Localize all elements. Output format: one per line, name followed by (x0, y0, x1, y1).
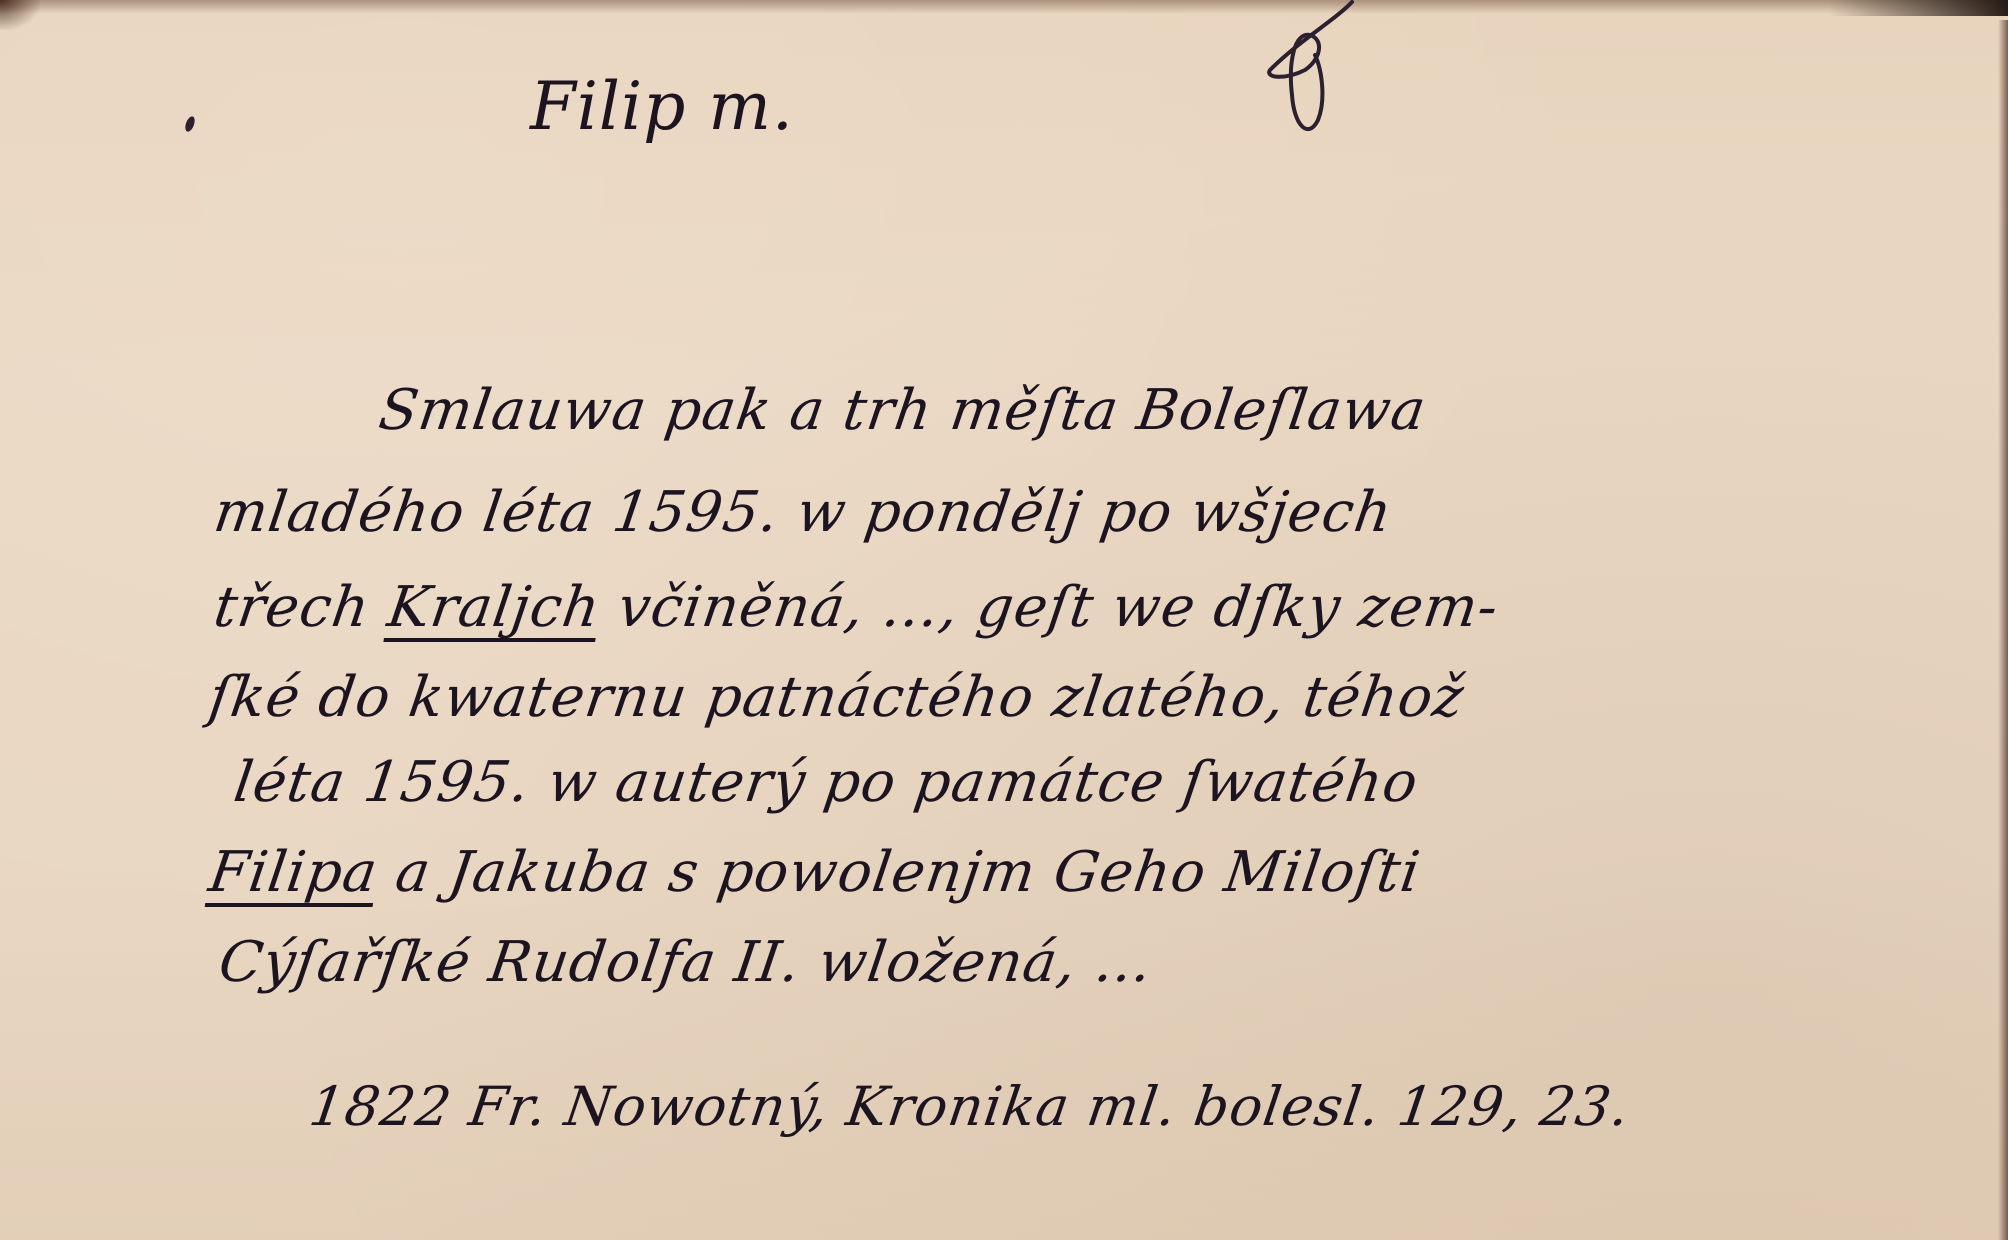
body-line-6: Filipa a Jakuba s powolenjm Geho Miloſti (205, 840, 1424, 905)
corner-shadow (1828, 0, 2008, 16)
body-line-5: léta 1595. w auterý po památce ſwatého (230, 750, 1422, 815)
body-line-4: ſké do kwaternu patnáctého zlatého, tého… (205, 665, 1468, 730)
line-text: včiněná, …, geſt we dſky zem- (595, 575, 1502, 640)
index-card: Filip m. Smlauwa pak a trh měſta Boleſla… (0, 0, 2008, 1240)
folio-mark-icon (1260, 0, 1400, 140)
line-text: mladého léta 1595. w pondělj po wšjech (210, 480, 1396, 545)
card-heading: Filip m. (530, 68, 794, 145)
citation-work: Kronika ml. bolesl. (843, 1075, 1385, 1138)
underlined-word: Filipa (205, 840, 382, 905)
citation-author: Fr. Nowotný, (465, 1075, 833, 1138)
line-text: Smlauwa pak a trh měſta Boleſlawa (375, 378, 1430, 443)
line-text: a Jakuba s powolenjm Geho Miloſti (373, 840, 1425, 905)
ink-blot (184, 115, 197, 133)
body-line-2: mladého léta 1595. w pondělj po wšjech (210, 480, 1396, 545)
corner-shadow (0, 0, 40, 30)
line-text: Cýſařſké Rudolfa II. wložená, … (215, 930, 1157, 995)
top-edge-shadow (0, 0, 2008, 14)
line-text: léta 1595. w auterý po památce ſwatého (230, 750, 1422, 815)
citation-page-ref: 129, 23. (1394, 1075, 1634, 1138)
body-line-1: Smlauwa pak a trh měſta Boleſlawa (375, 378, 1430, 443)
right-edge-shadow (1998, 20, 2008, 1240)
body-line-3: třech Kraljch včiněná, …, geſt we dſky z… (210, 575, 1503, 640)
line-text: ſké do kwaternu patnáctého zlatého, tého… (205, 665, 1468, 730)
body-line-7: Cýſařſké Rudolfa II. wložená, … (215, 930, 1157, 995)
line-text: třech (210, 575, 393, 640)
source-citation: 1822 Fr. Nowotný, Kronika ml. bolesl. 12… (306, 1075, 1634, 1138)
underlined-word: Kraljch (384, 575, 605, 640)
citation-year: 1822 (306, 1075, 456, 1138)
